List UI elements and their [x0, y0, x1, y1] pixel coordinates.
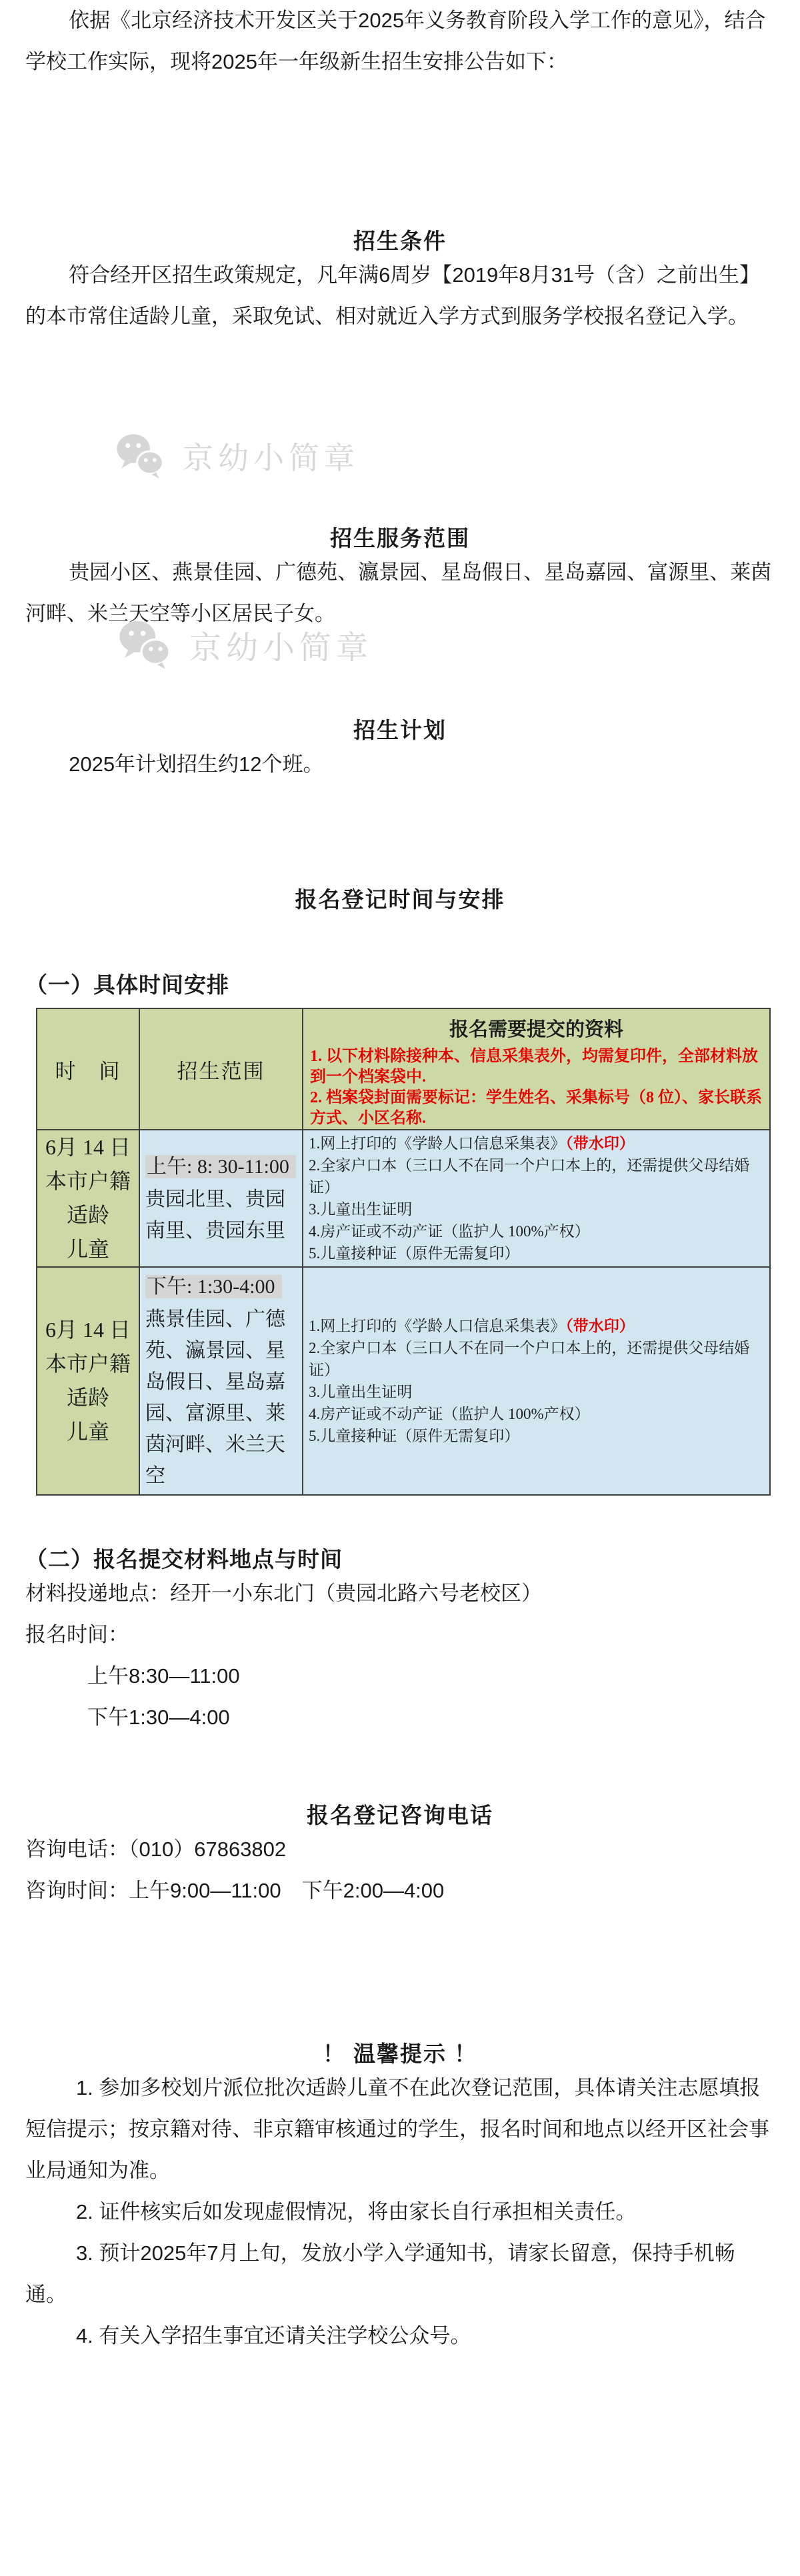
tip-item: 4. 有关入学招生事宜还请关注学校公众号。 [25, 2315, 775, 2357]
row1-materials: 1.网上打印的《学龄人口信息采集表》（带水印） 2.全家户口本（三口人不在同一个… [303, 1130, 770, 1267]
row1-slot: 上午: 8: 30-11:00 [140, 1148, 302, 1182]
header-time: 时 间 [37, 1008, 139, 1130]
material-item: 3.儿童出生证明 [303, 1198, 769, 1220]
row1-area: 贵园北里、贵园南里、贵园东里 [140, 1182, 302, 1249]
section-title-tips: ！ 温馨提示 ！ [25, 2041, 775, 2067]
watermark-required-note: （带水印） [565, 1318, 635, 1334]
header-materials: 报名需要提交的资料 1. 以下材料除接种本、信息采集表外，均需复印件，全部材料放… [303, 1008, 770, 1130]
row2-area: 燕景佳园、广德苑、瀛景园、星岛假日、星岛嘉园、富源里、莱茵河畔、米兰天空 [140, 1302, 302, 1494]
announcement-document: 京幼小简章 京幼小简章 依据《北京经济技术开发区关于2025年义务教育阶段入学工… [0, 0, 800, 2576]
materials-title: 报名需要提交的资料 [303, 1009, 769, 1042]
row2-time: 6月 14 日 本市户籍适龄 儿童 [37, 1267, 139, 1495]
conditions-paragraph: 符合经开区招生政策规定，凡年满6周岁【2019年8月31号（含）之前出生】的本市… [25, 255, 775, 337]
table-header-row: 时 间 招生范围 报名需要提交的资料 1. 以下材料除接种本、信息采集表外，均需… [37, 1008, 770, 1130]
service-area-paragraph: 贵园小区、燕景佳园、广德苑、瀛景园、星岛假日、星岛嘉园、富源里、莱茵河畔、米兰天… [25, 552, 775, 635]
registration-time-label: 报名时间： [25, 1614, 775, 1656]
materials-note-1: 1. 以下材料除接种本、信息采集表外，均需复印件，全部材料放到一个档案袋中. [303, 1046, 769, 1088]
plan-paragraph: 2025年计划招生约12个班。 [25, 744, 775, 785]
material-item: 4.房产证或不动产证（监护人 100%产权） [303, 1220, 769, 1242]
row2-slot: 下午: 1:30-4:00 [140, 1268, 302, 1302]
row2-scope: 下午: 1:30-4:00 燕景佳园、广德苑、瀛景园、星岛假日、星岛嘉园、富源里… [139, 1267, 303, 1495]
table-row: 6月 14 日 本市户籍适龄 儿童 上午: 8: 30-11:00 贵园北里、贵… [37, 1130, 770, 1267]
row2-materials: 1.网上打印的《学龄人口信息采集表》（带水印） 2.全家户口本（三口人不在同一个… [303, 1267, 770, 1495]
material-item: 5.儿童接种证（原件无需复印） [303, 1242, 769, 1264]
subheading-time-arrangement: （一）具体时间安排 [25, 972, 775, 998]
registration-time-pm: 下午1:30—4:00 [25, 1697, 775, 1738]
schedule-table: 时 间 招生范围 报名需要提交的资料 1. 以下材料除接种本、信息采集表外，均需… [36, 1008, 771, 1496]
tip-item: 2. 证件核实后如发现虚假情况，将由家长自行承担相关责任。 [25, 2191, 775, 2233]
section-title-contact: 报名登记咨询电话 [25, 1802, 775, 1829]
tip-item: 1. 参加多校划片派位批次适龄儿童不在此次登记范围，具体请关注志愿填报短信提示；… [25, 2067, 775, 2191]
row1-scope: 上午: 8: 30-11:00 贵园北里、贵园南里、贵园东里 [139, 1130, 303, 1267]
document-body: 依据《北京经济技术开发区关于2025年义务教育阶段入学工作的意见》，结合学校工作… [0, 0, 800, 2357]
registration-time-am: 上午8:30—11:00 [25, 1656, 775, 1697]
intro-paragraph: 依据《北京经济技术开发区关于2025年义务教育阶段入学工作的意见》，结合学校工作… [25, 0, 775, 83]
section-title-conditions: 招生条件 [25, 228, 775, 255]
table-row: 6月 14 日 本市户籍适龄 儿童 下午: 1:30-4:00 燕景佳园、广德苑… [37, 1267, 770, 1495]
material-item: 1.网上打印的《学龄人口信息采集表》（带水印） [303, 1315, 769, 1337]
section-title-schedule: 报名登记时间与安排 [25, 886, 775, 913]
subheading-submission: （二）报名提交材料地点与时间 [25, 1546, 775, 1573]
material-item: 1.网上打印的《学龄人口信息采集表》（带水印） [303, 1132, 769, 1154]
material-item: 3.儿童出生证明 [303, 1381, 769, 1403]
material-item: 2.全家户口本（三口人不在同一个户口本上的，还需提供父母结婚证） [303, 1154, 769, 1198]
submission-location: 材料投递地点：经开一小东北门（贵园北路六号老校区） [25, 1573, 775, 1614]
materials-note-2: 2. 档案袋封面需要标记：学生姓名、采集标号（8 位）、家长联系方式、小区名称. [303, 1088, 769, 1129]
header-scope: 招生范围 [139, 1008, 303, 1130]
section-title-plan: 招生计划 [25, 717, 775, 744]
contact-hours: 咨询时间：上午9:00—11:00 下午2:00—4:00 [25, 1870, 775, 1912]
material-item: 5.儿童接种证（原件无需复印） [303, 1425, 769, 1447]
section-title-service-area: 招生服务范围 [25, 525, 775, 552]
tip-item: 3. 预计2025年7月上旬，发放小学入学通知书，请家长留意，保持手机畅通。 [25, 2233, 775, 2315]
material-item: 4.房产证或不动产证（监护人 100%产权） [303, 1403, 769, 1425]
contact-phone: 咨询电话：（010）67863802 [25, 1829, 775, 1870]
material-item: 2.全家户口本（三口人不在同一个户口本上的，还需提供父母结婚证） [303, 1337, 769, 1381]
row1-time: 6月 14 日 本市户籍适龄 儿童 [37, 1130, 139, 1267]
watermark-required-note: （带水印） [565, 1135, 635, 1152]
